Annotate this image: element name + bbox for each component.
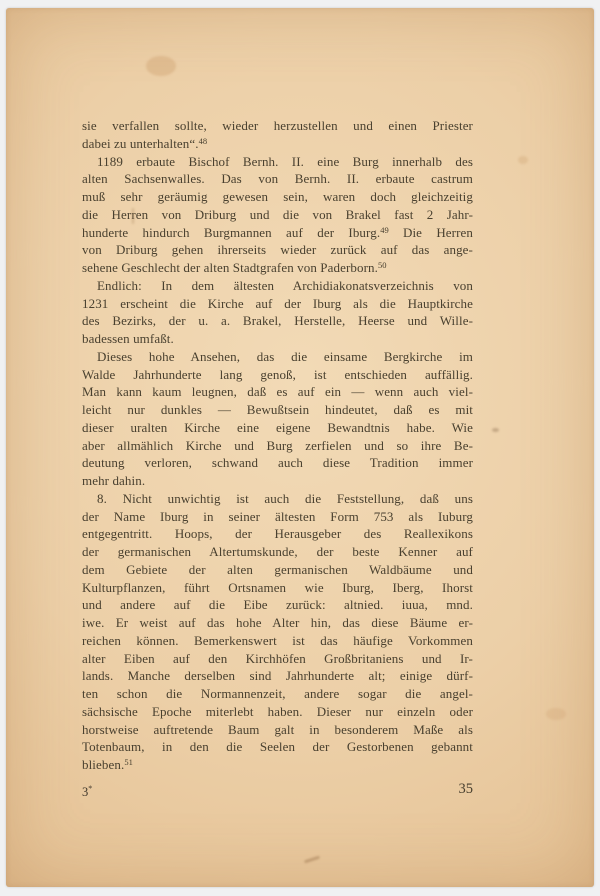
paper-stain: [304, 856, 320, 864]
paper-stain: [492, 428, 499, 432]
text-line: entgegentritt. Hoops, der Herausgeber de…: [82, 525, 473, 543]
text-line: 1231 erscheint die Kirche auf der Iburg …: [82, 295, 473, 313]
text-line: Walde Jahrhunderte lang genoß, ist entsc…: [82, 366, 473, 384]
text-line: sächsische Epoche miterlebt haben. Diese…: [82, 703, 473, 721]
text-block: sie verfallen sollte, wieder herzustelle…: [82, 117, 473, 774]
text-line: Endlich: In dem ältesten Archidiakonatsv…: [82, 277, 473, 295]
paper-stain: [546, 708, 566, 720]
paper-stain: [518, 156, 528, 164]
footnote-ref: 49: [380, 225, 389, 235]
text-line: dem Gebiete der alten germanischen Waldb…: [82, 561, 473, 579]
text-line: lands. Manche derselben sind Jahrhundert…: [82, 667, 473, 685]
text-line: horstweise auftretende Baum galt in beso…: [82, 721, 473, 739]
text-line: und andere auf die Eibe zurück: altnied.…: [82, 596, 473, 614]
text-line: blieben.51: [82, 756, 473, 774]
text-line: Man kann kaum leugnen, daß es auf ein — …: [82, 383, 473, 401]
paper-stain: [146, 56, 176, 76]
text-line: dieser uralten Kirche eine eigene Bewand…: [82, 419, 473, 437]
text-line: hunderte hindurch Burgmannen auf der Ibu…: [82, 224, 473, 242]
scan-frame: sie verfallen sollte, wieder herzustelle…: [0, 0, 600, 896]
text-line: Totenbaum, in den die Seelen der Gestorb…: [82, 738, 473, 756]
text-line: 1189 erbaute Bischof Bernh. II. eine Bur…: [82, 153, 473, 171]
text-line: muß sehr geräumig gewesen sein, waren do…: [82, 188, 473, 206]
text-line: sehene Geschlecht der alten Stadtgrafen …: [82, 259, 473, 277]
text-line: des Bezirks, der u. a. Brakel, Herstelle…: [82, 312, 473, 330]
text-line: iwe. Er weist auf das hohe Alter hin, da…: [82, 614, 473, 632]
text-line: reichen können. Bemerkenswert ist das hä…: [82, 632, 473, 650]
footnote-ref: 50: [378, 260, 387, 270]
text-line: leicht nur dunkles — Bewußtsein hindeute…: [82, 401, 473, 419]
text-line: von Driburg gehen ihrerseits wieder zurü…: [82, 241, 473, 259]
text-line: 8. Nicht unwichtig ist auch die Feststel…: [82, 490, 473, 508]
text-line: dabei zu unterhalten“.48: [82, 135, 473, 153]
footnote-ref: 48: [199, 136, 208, 146]
page-number: 35: [82, 781, 473, 798]
text-line: ten schon die Normannenzeit, andere soga…: [82, 685, 473, 703]
text-line: deutung verloren, schwand auch diese Tra…: [82, 454, 473, 472]
text-line: Dieses hohe Ansehen, das die einsame Ber…: [82, 348, 473, 366]
text-line: der Name Iburg in seiner ältesten Form 7…: [82, 508, 473, 526]
book-page: sie verfallen sollte, wieder herzustelle…: [6, 8, 594, 887]
footnote-ref: 51: [124, 757, 133, 767]
text-line: aber allmählich Kirche und Burg zerfiele…: [82, 437, 473, 455]
text-line: Kulturpflanzen, führt Ortsnamen wie Ibur…: [82, 579, 473, 597]
text-line: sie verfallen sollte, wieder herzustelle…: [82, 117, 473, 135]
text-line: mehr dahin.: [82, 472, 473, 490]
text-line: alten Sachsenwalles. Das von Bernh. II. …: [82, 170, 473, 188]
text-line: badessen umfaßt.: [82, 330, 473, 348]
text-line: der germanischen Altertumskunde, der bes…: [82, 543, 473, 561]
text-line: die Herren von Driburg und die von Brake…: [82, 206, 473, 224]
text-line: alter Eiben auf den Kirchhöfen Großbrita…: [82, 650, 473, 668]
